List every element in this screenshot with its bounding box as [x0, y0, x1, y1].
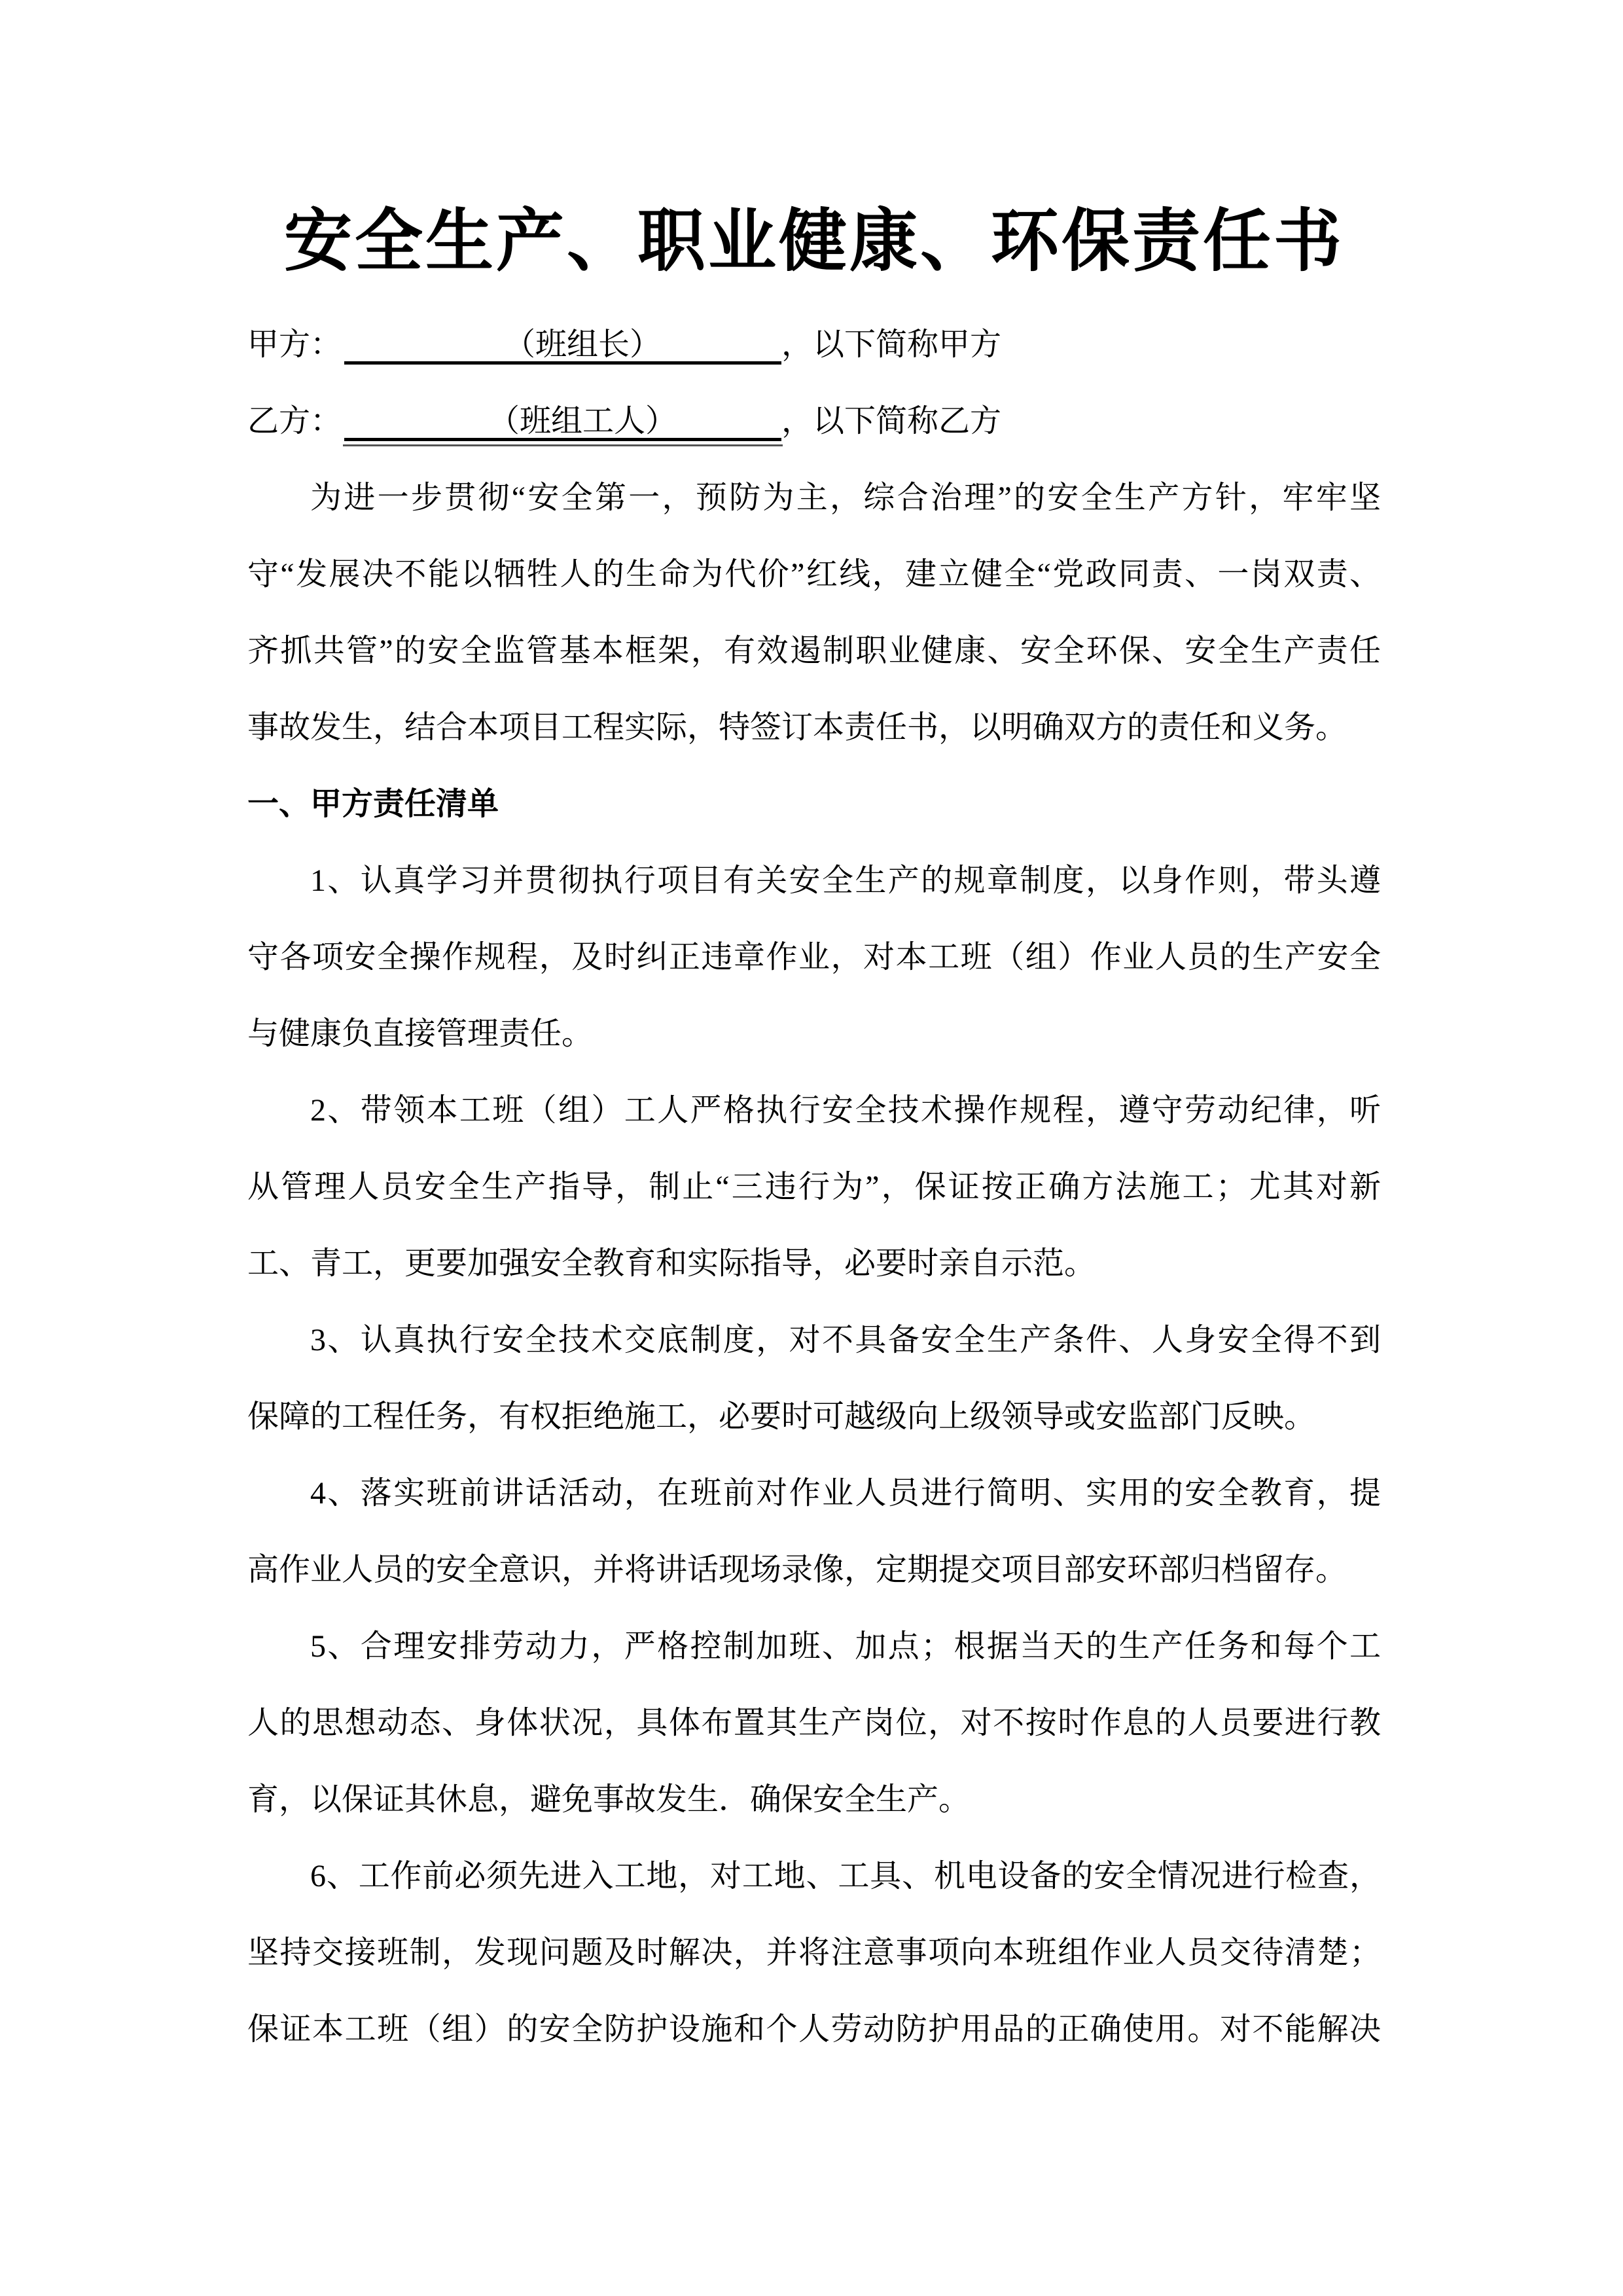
item-line: 5、合理安排劳动力，严格控制加班、加点；根据当天的生产任务和每个工	[247, 1608, 1381, 1685]
responsibility-item-6: 6、工作前必须先进入工地，对工地、工具、机电设备的安全情况进行检查， 坚持交接班…	[247, 1838, 1381, 2068]
responsibility-item-2: 2、带领本工班（组）工人严格执行安全技术操作规程，遵守劳动纪律，听 从管理人员安…	[247, 1072, 1381, 1302]
intro-line: 为进一步贯彻“安全第一，预防为主，综合治理”的安全生产方针，牢牢坚	[247, 459, 1381, 536]
party-a-blank-text: （班组长）	[504, 327, 661, 362]
item-line: 保证本工班（组）的安全防护设施和个人劳动防护用品的正确使用。对不能解决	[247, 1991, 1381, 2068]
party-b-blank: （班组工人）	[344, 405, 781, 441]
item-line: 坚持交接班制，发现问题及时解决，并将注意事项向本班组作业人员交待清楚；	[247, 1914, 1381, 1991]
document-title: 安全生产、职业健康、环保责任书	[247, 208, 1381, 276]
party-b-row: 乙方：（班组工人），以下简称乙方	[247, 383, 1381, 459]
item-line: 1、认真学习并贯彻执行项目有关安全生产的规章制度，以身作则，带头遵	[247, 842, 1381, 919]
party-a-suffix: ，以下简称甲方	[781, 327, 1001, 362]
item-line: 6、工作前必须先进入工地，对工地、工具、机电设备的安全情况进行检查，	[247, 1838, 1381, 1914]
item-line: 3、认真执行安全技术交底制度，对不具备安全生产条件、人身安全得不到	[247, 1302, 1381, 1378]
intro-line: 事故发生，结合本项目工程实际，特签订本责任书，以明确双方的责任和义务。	[247, 689, 1381, 766]
party-b-label: 乙方：	[247, 383, 342, 459]
intro-line: 守“发展决不能以牺牲人的生命为代价”红线，建立健全“党政同责、一岗双责、	[247, 536, 1381, 613]
section-heading-party-a-duties: 一、甲方责任清单	[247, 766, 1381, 842]
document-page: 安全生产、职业健康、环保责任书 甲方：（班组长），以下简称甲方 乙方：（班组工人…	[0, 0, 1623, 2296]
party-a-label: 甲方：	[247, 306, 342, 383]
party-b-suffix: ，以下简称乙方	[781, 404, 1001, 439]
item-line: 4、落实班前讲话活动，在班前对作业人员进行简明、实用的安全教育，提	[247, 1455, 1381, 1532]
responsibility-item-1: 1、认真学习并贯彻执行项目有关安全生产的规章制度，以身作则，带头遵 守各项安全操…	[247, 842, 1381, 1072]
item-line: 与健康负直接管理责任。	[247, 996, 1381, 1072]
responsibility-item-5: 5、合理安排劳动力，严格控制加班、加点；根据当天的生产任务和每个工 人的思想动态…	[247, 1608, 1381, 1838]
party-b-blank-text: （班组工人）	[488, 404, 677, 439]
item-line: 守各项安全操作规程，及时纠正违章作业，对本工班（组）作业人员的生产安全	[247, 919, 1381, 996]
party-a-blank: （班组长）	[344, 329, 781, 365]
intro-paragraph: 为进一步贯彻“安全第一，预防为主，综合治理”的安全生产方针，牢牢坚 守“发展决不…	[247, 459, 1381, 766]
item-line: 高作业人员的安全意识，并将讲话现场录像，定期提交项目部安环部归档留存。	[247, 1532, 1381, 1608]
item-line: 人的思想动态、身体状况，具体布置其生产岗位，对不按时作息的人员要进行教	[247, 1685, 1381, 1761]
item-line: 育，以保证其休息，避免事故发生．确保安全生产。	[247, 1761, 1381, 1838]
item-line: 工、青工，更要加强安全教育和实际指导，必要时亲自示范。	[247, 1225, 1381, 1302]
party-a-row: 甲方：（班组长），以下简称甲方	[247, 306, 1381, 383]
item-line: 保障的工程任务，有权拒绝施工，必要时可越级向上级领导或安监部门反映。	[247, 1378, 1381, 1455]
responsibility-item-4: 4、落实班前讲话活动，在班前对作业人员进行简明、实用的安全教育，提 高作业人员的…	[247, 1455, 1381, 1608]
item-line: 2、带领本工班（组）工人严格执行安全技术操作规程，遵守劳动纪律，听	[247, 1072, 1381, 1149]
responsibility-item-3: 3、认真执行安全技术交底制度，对不具备安全生产条件、人身安全得不到 保障的工程任…	[247, 1302, 1381, 1455]
item-line: 从管理人员安全生产指导，制止“三违行为”，保证按正确方法施工；尤其对新	[247, 1149, 1381, 1225]
intro-line: 齐抓共管”的安全监管基本框架，有效遏制职业健康、安全环保、安全生产责任	[247, 613, 1381, 689]
